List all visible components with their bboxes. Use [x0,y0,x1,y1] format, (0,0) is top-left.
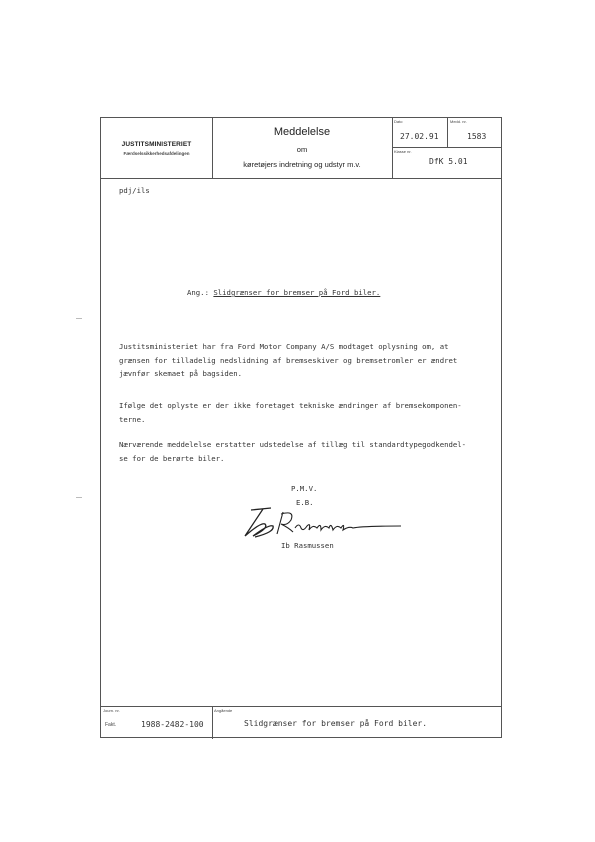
journal-label: Journ. nr. [103,708,120,713]
document-title: Meddelelse [212,126,392,138]
issuer-block: JUSTITSMINISTERIET Færdselssikkerhedsafd… [101,118,213,178]
regarding-label: Angående [214,708,232,713]
notice-number-value: 1583 [467,132,486,141]
notice-number-label: Medd. nr. [450,119,467,124]
journal-number: 1988-2482-100 [141,720,204,729]
paragraph-2: Ifølge det oplyste er der ikke foretaget… [119,399,462,426]
margin-mark [76,318,82,319]
signatory-name: Ib Rasmussen [281,539,334,553]
paragraph-1: Justitsministeriet har fra Ford Motor Co… [119,340,457,381]
metadata-block: Dato 27.02.91 Medd. nr. 1583 Klasse nr. … [392,118,501,178]
subject-text: Slidgrænser for bremser på Ford biler. [213,288,380,297]
document-header: JUSTITSMINISTERIET Færdselssikkerhedsafd… [101,118,501,179]
file-label: Fakt. [105,722,116,728]
paragraph-3: Nærværende meddelelse erstatter udstedel… [119,438,466,465]
reference-initials: pdj/ils [119,184,150,198]
document-subtitle: køretøjers indretning og udstyr m.v. [212,160,392,169]
department-name: Færdselssikkerhedsafdelingen [101,151,212,156]
subject-prefix: Ang.: [187,288,209,297]
notice-number-cell: Medd. nr. 1583 [448,118,501,148]
class-number-label: Klasse nr. [394,149,412,154]
date-cell: Dato 27.02.91 [392,118,448,148]
margin-mark [76,497,82,498]
regarding-value: Slidgrænser for bremser på Ford biler. [244,719,427,728]
class-number-cell: Klasse nr. DfK 5.01 [392,148,501,178]
class-number-value: DfK 5.01 [429,157,468,166]
title-connector: om [212,145,392,154]
organization-name: JUSTITSMINISTERIET [101,141,212,148]
journal-block: Journ. nr. Fakt. 1988-2482-100 [101,707,213,739]
title-block: Meddelelse om køretøjers indretning og u… [212,118,393,178]
document-footer: Journ. nr. Fakt. 1988-2482-100 Angående … [101,706,501,740]
subject-line: Ang.: Slidgrænser for bremser på Ford bi… [187,286,380,300]
document-page: JUSTITSMINISTERIET Færdselssikkerhedsafd… [100,117,502,738]
date-label: Dato [394,119,402,124]
signoff-pmv: P.M.V. [291,482,317,496]
handwritten-signature [231,502,411,542]
regarding-block: Angående Slidgrænser for bremser på Ford… [212,707,501,739]
date-value: 27.02.91 [400,132,439,141]
